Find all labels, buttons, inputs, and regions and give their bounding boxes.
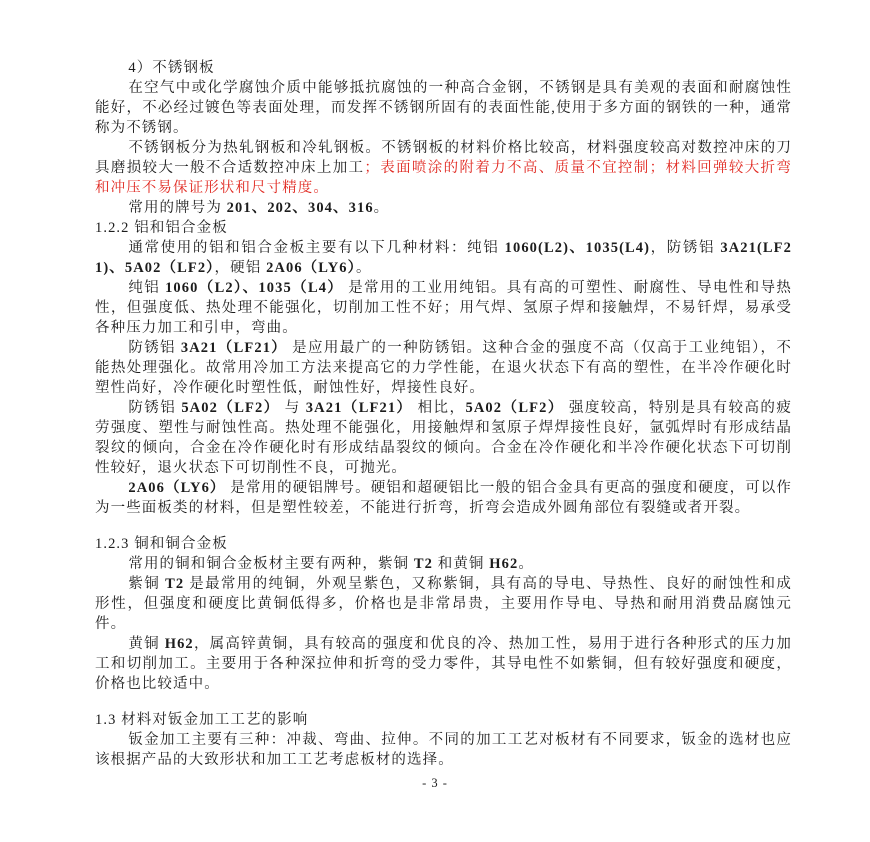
- paragraph-stainless-grades: 常用的牌号为 201、202、304、316。: [95, 198, 792, 218]
- text-run: 常用的铜和铜合金板材主要有两种，紫铜: [128, 556, 414, 572]
- document-text-block: 4）不锈钢板在空气中或化学腐蚀介质中能够抵抗腐蚀的一种高合金钢，不锈钢是具有美观…: [95, 58, 792, 770]
- paragraph-pure-aluminum: 纯铝 1060（L2）、1035（L4） 是常用的工业用纯铝。具有高的可塑性、耐…: [95, 278, 792, 338]
- text-run: 1060（L2）、1035（L4）: [165, 280, 343, 296]
- text-run: 。: [518, 556, 534, 572]
- document-page: 4）不锈钢板在空气中或化学腐蚀介质中能够抵抗腐蚀的一种高合金钢，不锈钢是具有美观…: [0, 0, 870, 842]
- text-run: 防锈铝: [128, 340, 181, 356]
- text-run: 是最常用的纯铜，外观呈紫色，又称紫铜，具有高的导电、导热性、良好的耐蚀性和成形性…: [95, 576, 792, 632]
- paragraph-stainless-plate-types: 不锈钢板分为热轧钢板和冷轧钢板。不锈钢板的材料价格比较高，材料强度较高对数控冲床…: [95, 138, 792, 198]
- paragraph-hard-aluminum-2a06: 2A06（LY6） 是常用的硬铝牌号。硬铝和超硬铝比一般的铝合金具有更高的强度和…: [95, 478, 792, 518]
- text-run: 5A02（LF2）: [465, 400, 563, 416]
- text-run: 钣金加工主要有三种：冲裁、弯曲、拉伸。不同的加工工艺对板材有不同要求，钣金的选材…: [95, 732, 792, 768]
- text-run: T2: [165, 576, 184, 592]
- text-run: 和黄铜: [433, 556, 489, 572]
- text-run: 1060(L2)、1035(L4): [505, 240, 650, 256]
- text-run: 1.2.2 铝和铝合金板: [95, 220, 228, 236]
- text-run: H62: [165, 636, 194, 652]
- text-run: 5A02（LF2）: [181, 400, 279, 416]
- section-heading-1-3: 1.3 材料对钣金加工工艺的影响: [95, 710, 792, 730]
- paragraph-copper-types: 常用的铜和铜合金板材主要有两种，紫铜 T2 和黄铜 H62。: [95, 554, 792, 574]
- text-run: 纯铝: [128, 280, 165, 296]
- text-run: 与: [280, 400, 306, 416]
- section-heading-1-2-3: 1.2.3 铜和铜合金板: [95, 534, 792, 554]
- paragraph-purple-copper-t2: 紫铜 T2 是最常用的纯铜，外观呈紫色，又称紫铜，具有高的导电、导热性、良好的耐…: [95, 574, 792, 634]
- page-number: - 3 -: [422, 776, 448, 790]
- text-run: 201、202、304、316: [227, 200, 374, 216]
- paragraph-rustproof-aluminum-5a02: 防锈铝 5A02（LF2） 与 3A21（LF21） 相比，5A02（LF2） …: [95, 398, 792, 478]
- paragraph-aluminum-materials: 通常使用的铝和铝合金板主要有以下几种材料：纯铝 1060(L2)、1035(L4…: [95, 238, 792, 278]
- text-run: 通常使用的铝和铝合金板主要有以下几种材料：纯铝: [128, 240, 504, 256]
- text-run: 黄铜: [128, 636, 164, 652]
- paragraph-sheet-metal-processes: 钣金加工主要有三种：冲裁、弯曲、拉伸。不同的加工工艺对板材有不同要求，钣金的选材…: [95, 730, 792, 770]
- text-run: 3A21（LF21）: [306, 400, 413, 416]
- text-run: T2: [414, 556, 433, 572]
- paragraph-brass-h62: 黄铜 H62，属高锌黄铜，具有较高的强度和优良的冷、热加工性，易用于进行各种形式…: [95, 634, 792, 694]
- text-run: 在空气中或化学腐蚀介质中能够抵抗腐蚀的一种高合金钢，不锈钢是具有美观的表面和耐腐…: [95, 80, 792, 136]
- text-run: 1.3 材料对钣金加工工艺的影响: [95, 712, 308, 728]
- list-item-4-stainless-steel: 4）不锈钢板: [95, 58, 792, 78]
- text-run: 4）不锈钢板: [128, 60, 214, 76]
- text-run: 3A21（LF21）: [181, 340, 287, 356]
- text-run: ，防锈铝: [650, 240, 720, 256]
- text-run: 常用的牌号为: [128, 200, 226, 216]
- text-run: H62: [489, 556, 518, 572]
- section-heading-1-2-2: 1.2.2 铝和铝合金板: [95, 218, 792, 238]
- paragraph-rustproof-aluminum-3a21: 防锈铝 3A21（LF21） 是应用最广的一种防锈铝。这种合金的强度不高（仅高于…: [95, 338, 792, 398]
- page-footer: - 3 -: [0, 776, 870, 791]
- text-run: 1.2.3 铜和铜合金板: [95, 536, 228, 552]
- text-run: 。: [374, 200, 390, 216]
- text-run: 紫铜: [128, 576, 165, 592]
- text-run: ，硬铝: [215, 260, 267, 276]
- text-run: 相比，: [413, 400, 466, 416]
- text-run: 2A06（LY6）: [266, 260, 356, 276]
- text-run: 2A06（LY6）: [128, 480, 225, 496]
- paragraph-stainless-intro: 在空气中或化学腐蚀介质中能够抵抗腐蚀的一种高合金钢，不锈钢是具有美观的表面和耐腐…: [95, 78, 792, 138]
- text-run: ，属高锌黄铜，具有较高的强度和优良的冷、热加工性，易用于进行各种形式的压力加工和…: [95, 636, 792, 692]
- text-run: 。: [356, 260, 372, 276]
- text-run: 防锈铝: [128, 400, 181, 416]
